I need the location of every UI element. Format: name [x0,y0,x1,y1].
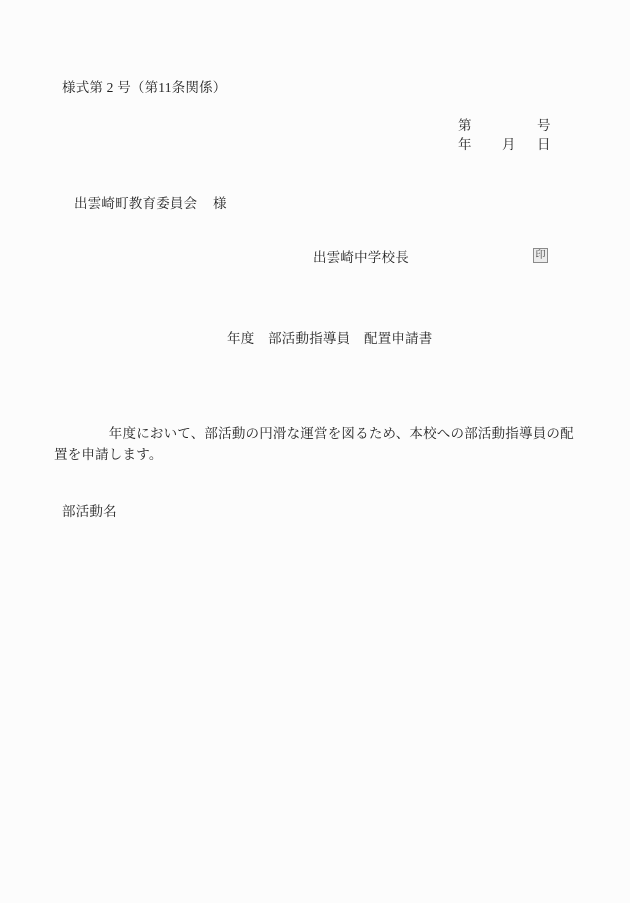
addressee-honorific: 様 [213,196,227,212]
body-paragraph-line-1: 年度において、部活動の円滑な運営を図るため、本校への部活動指導員の配 [54,426,574,442]
doc-number-prefix: 第 [458,118,472,134]
form-number-note: 様式第 2 号（第11条関係） [62,80,227,96]
date-day-label: 日 [537,137,551,153]
date-year-label: 年 [458,137,472,153]
club-name-label: 部活動名 [62,504,117,520]
seal-mark: 印 [533,248,548,263]
document-title: 年度 部活動指導員 配置申請書 [227,331,433,347]
addressee-name: 出雲崎町教育委員会 [74,196,197,212]
body-paragraph-line-2: 置を申請します。 [54,447,163,463]
sender-title: 出雲崎中学校長 [313,250,409,266]
date-month-label: 月 [502,137,516,153]
application-form-page: 様式第 2 号（第11条関係） 第 号 年 月 日 出雲崎町教育委員会 様 出雲… [0,0,630,903]
doc-number-suffix: 号 [537,118,551,134]
